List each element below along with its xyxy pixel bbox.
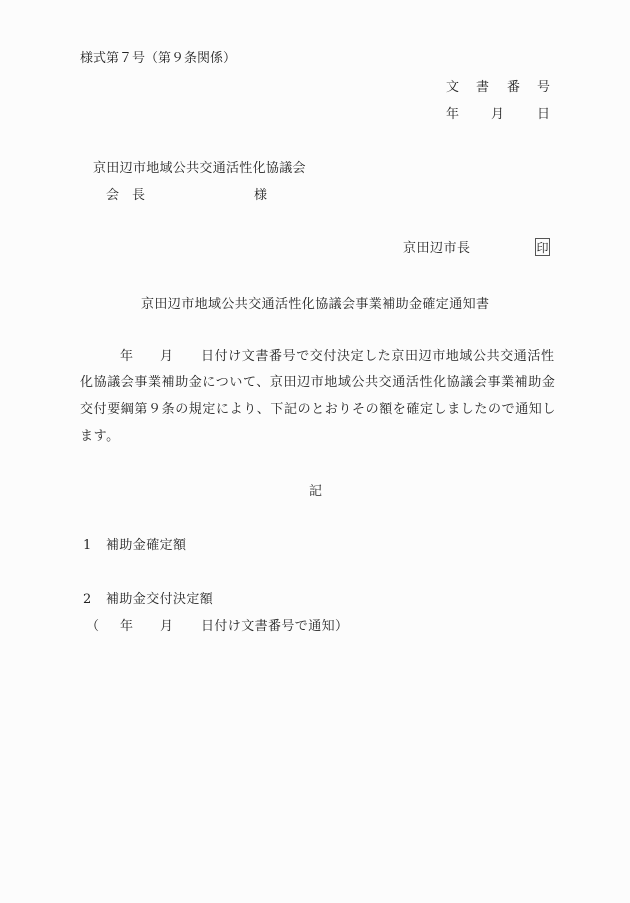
date-month: 月	[491, 108, 504, 121]
doc-number-char: 番	[507, 81, 520, 94]
date-day: 日	[537, 108, 550, 121]
doc-number-char: 文	[446, 81, 459, 94]
seal-mark: 印	[535, 238, 550, 256]
document-title: 京田辺市地域公共交通活性化協議会事業補助金確定通知書	[141, 298, 489, 311]
sender-name: 京田辺市長	[403, 242, 471, 255]
addressee-organization: 京田辺市地域公共交通活性化協議会	[93, 162, 306, 175]
note-open-paren: （	[86, 620, 99, 633]
addressee-title: 会 長	[106, 189, 145, 202]
addressee-honorific: 様	[254, 189, 267, 202]
note-text: 日付け文書番号で通知）	[201, 620, 348, 633]
note-month: 月	[160, 620, 173, 633]
date-year: 年	[446, 108, 459, 121]
doc-number-char: 書	[476, 81, 489, 94]
ki-heading: 記	[309, 485, 322, 498]
doc-number-char: 号	[537, 81, 550, 94]
form-label: 様式第７号（第９条関係）	[80, 52, 236, 65]
body-line: 化協議会事業補助金について、京田辺市地域公共交通活性化協議会事業補助金	[80, 376, 555, 389]
body-line: 交付要綱第９条の規定により、下記のとおりその額を確定しましたので通知し	[80, 403, 556, 416]
body-line: 日付け文書番号で交付決定した京田辺市地域公共交通活性	[201, 350, 555, 363]
body-year: 年	[120, 350, 133, 363]
item-label: 補助金確定額	[106, 539, 186, 552]
body-line: ます。	[80, 430, 120, 443]
body-month: 月	[160, 350, 173, 363]
note-year: 年	[120, 620, 133, 633]
item-number: 1	[83, 539, 91, 552]
item-number: 2	[83, 593, 91, 606]
item-label: 補助金交付決定額	[106, 593, 213, 606]
